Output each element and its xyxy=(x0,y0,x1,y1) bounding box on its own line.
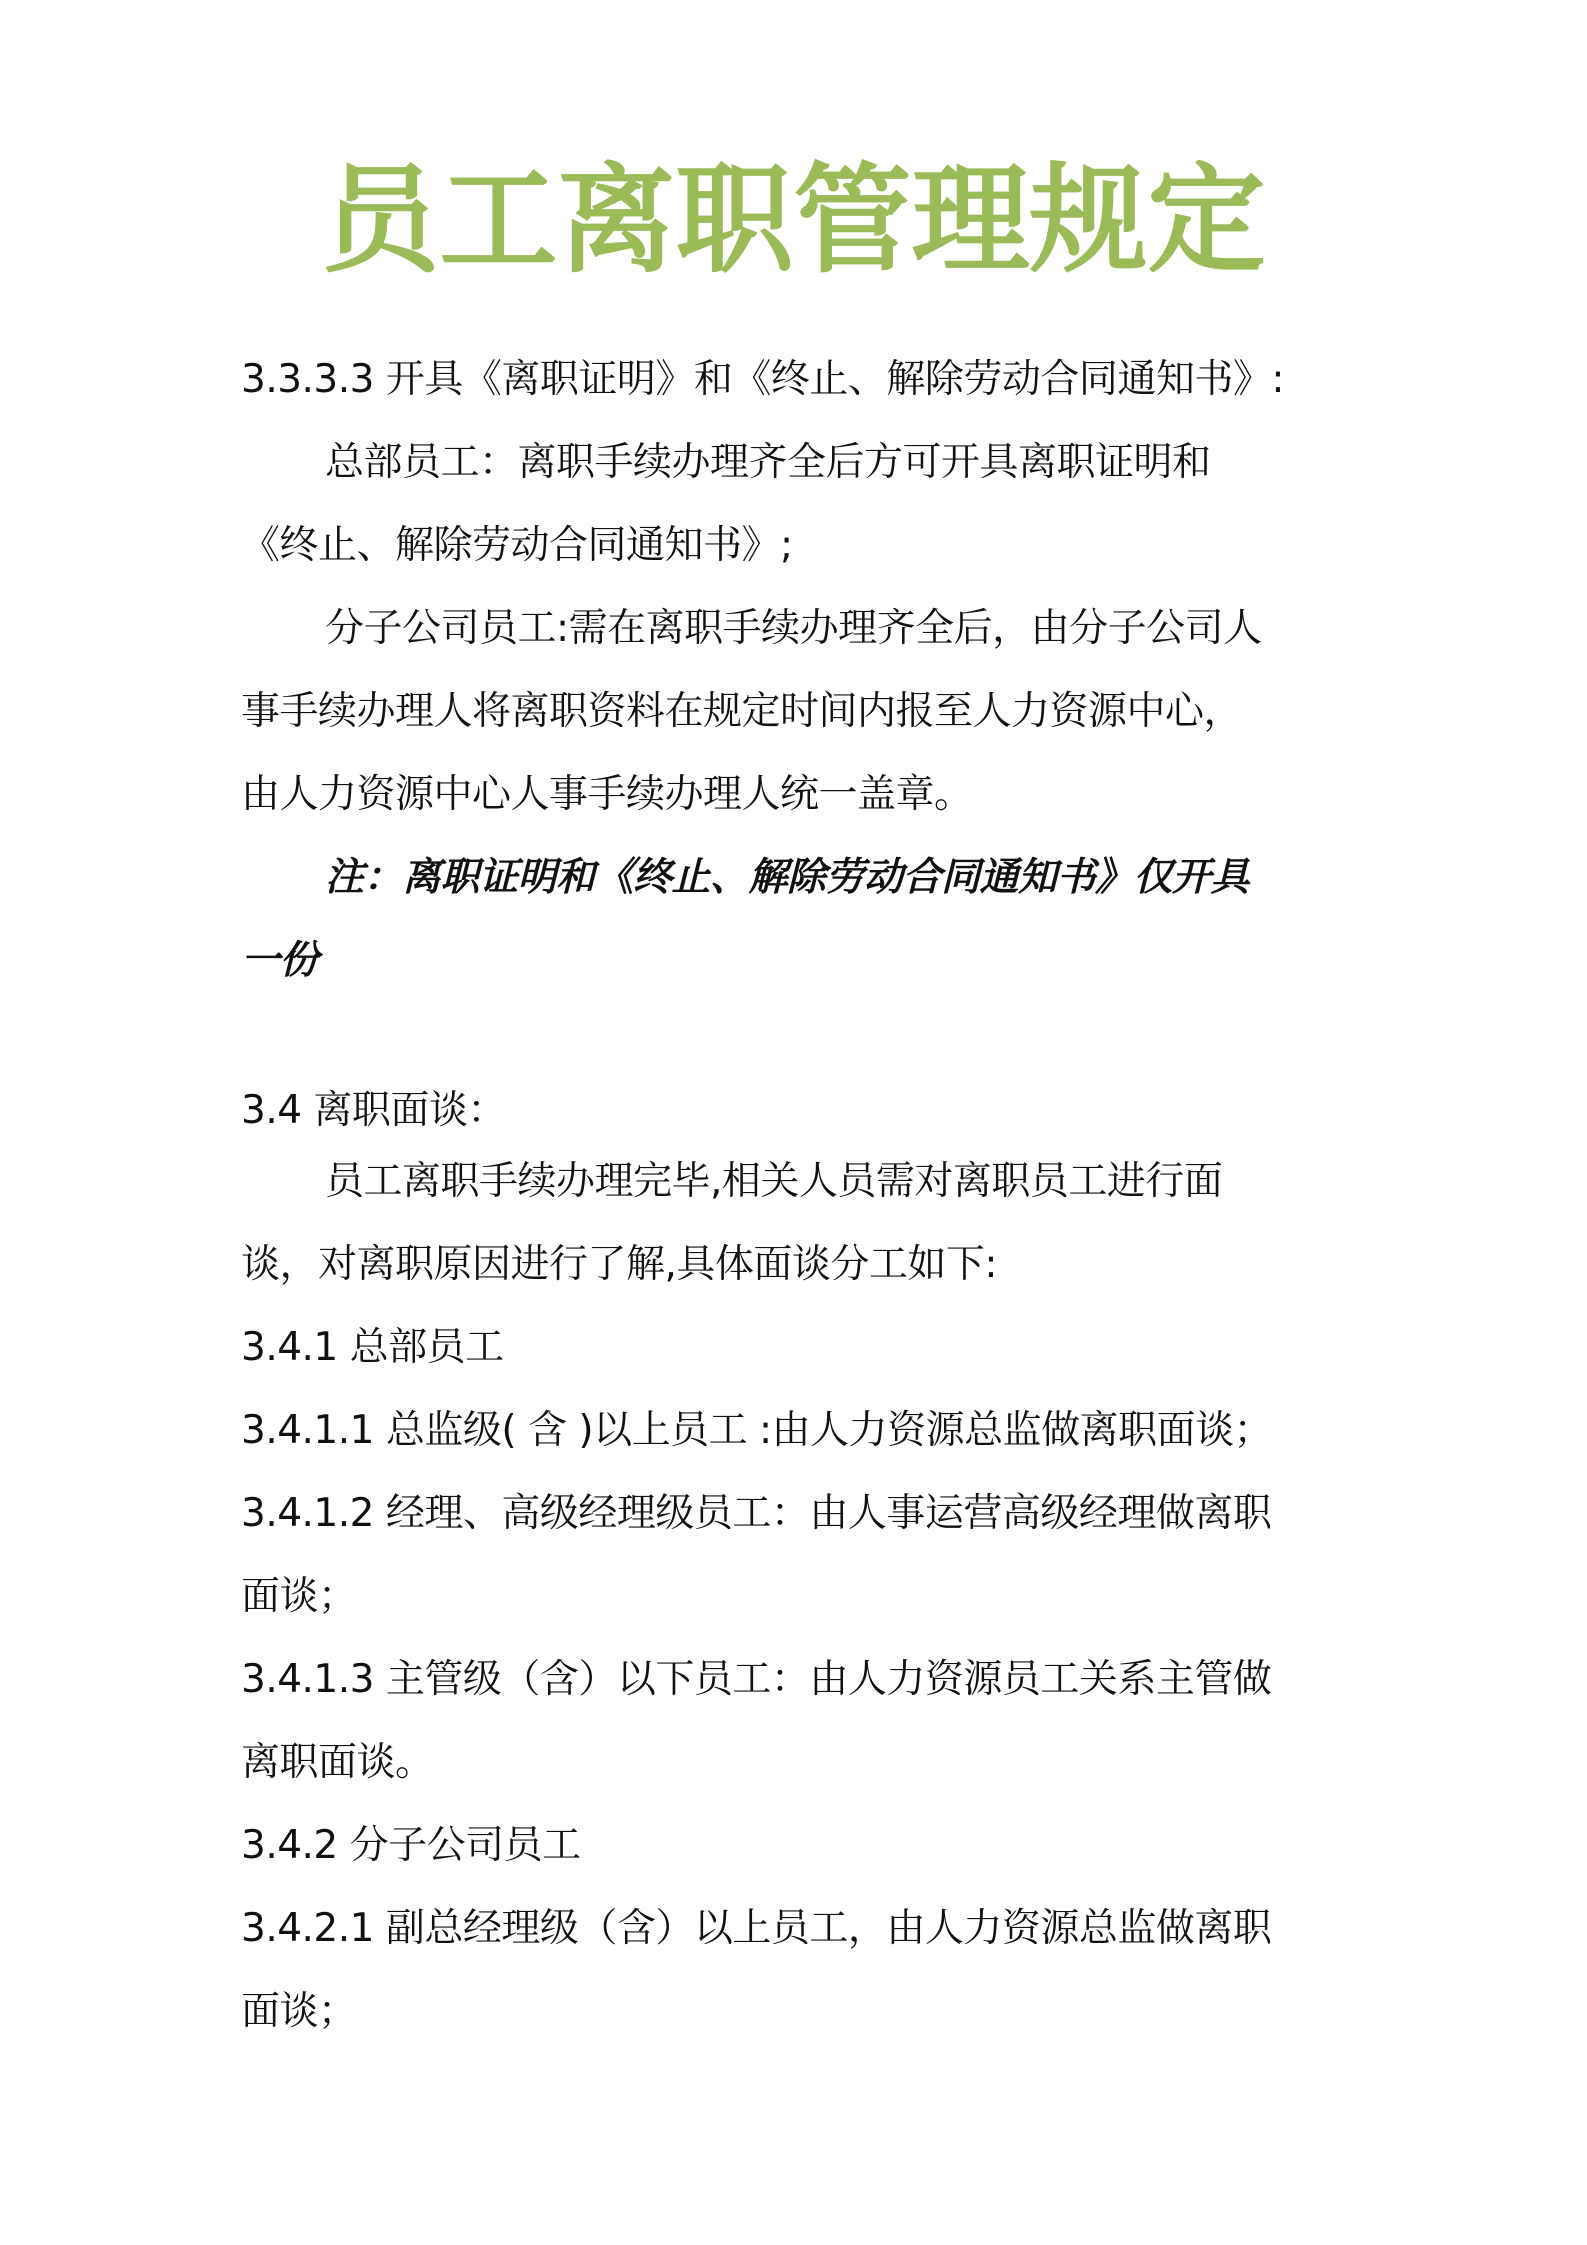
clause-3-4-1-1: 3.4.1.1 总监级( 含 )以上员工 :由人力资源总监做离职面谈； xyxy=(241,1406,1361,1456)
paragraph-hq-line-2: 《终止、解除劳动合同通知书》; xyxy=(241,521,1361,571)
clause-3-3-3-3-heading: 3.3.3.3 开具《离职证明》和《终止、解除劳动合同通知书》: xyxy=(241,355,1361,405)
interview-intro-line-1: 员工离职手续办理完毕,相关人员需对离职员工进行面 xyxy=(325,1157,1445,1207)
paragraph-branch-line-2: 事手续办理人将离职资料在规定时间内报至人力资源中心， xyxy=(241,687,1361,737)
paragraph-branch-line-3: 由人力资源中心人事手续办理人统一盖章。 xyxy=(241,770,1361,820)
clause-3-4-2-1-line-2: 面谈； xyxy=(241,1987,1361,2037)
paragraph-branch-line-1: 分子公司员工:需在离职手续办理齐全后，由分子公司人 xyxy=(325,604,1445,654)
clause-3-4-1-heading: 3.4.1 总部员工 xyxy=(241,1323,1361,1373)
clause-3-4-1-3-line-2: 离职面谈。 xyxy=(241,1738,1361,1788)
paragraph-hq-line-1: 总部员工：离职手续办理齐全后方可开具离职证明和 xyxy=(325,438,1445,488)
clause-3-4-2-heading: 3.4.2 分子公司员工 xyxy=(241,1821,1361,1871)
note-line-2: 一份 xyxy=(241,936,1361,986)
document-title: 员工离职管理规定 xyxy=(0,150,1587,290)
clause-3-4-1-2-line-2: 面谈； xyxy=(241,1572,1361,1622)
interview-intro-line-2: 谈，对离职原因进行了解,具体面谈分工如下: xyxy=(241,1240,1361,1290)
clause-3-4-1-2-line-1: 3.4.1.2 经理、高级经理级员工：由人事运营高级经理做离职 xyxy=(241,1489,1361,1539)
clause-3-4-1-3-line-1: 3.4.1.3 主管级（含）以下员工：由人力资源员工关系主管做 xyxy=(241,1655,1361,1705)
note-line-1: 注：离职证明和《终止、解除劳动合同通知书》仅开具 xyxy=(325,853,1445,903)
section-3-4-heading: 3.4 离职面谈： xyxy=(241,1086,1361,1136)
clause-3-4-2-1-line-1: 3.4.2.1 副总经理级（含）以上员工，由人力资源总监做离职 xyxy=(241,1904,1361,1954)
